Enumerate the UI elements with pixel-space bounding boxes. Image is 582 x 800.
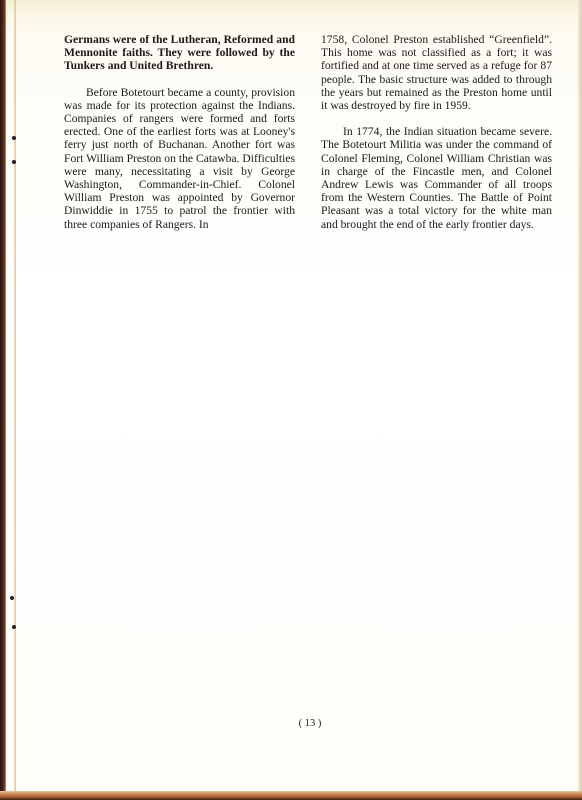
binding-hole (12, 160, 16, 164)
page-right-edge (578, 0, 582, 800)
page-number: ( 13 ) (0, 718, 582, 729)
left-text-column: Germans were of the Lutheran, Reformed a… (64, 33, 295, 244)
book-binding-edge (0, 0, 6, 800)
binding-hole (12, 625, 16, 629)
paragraph-germans-faiths: Germans were of the Lutheran, Reformed a… (64, 33, 295, 73)
gutter-line (14, 0, 16, 795)
page-bottom-edge (0, 791, 582, 800)
paragraph-forts-rangers: Before Botetourt became a county, provis… (64, 86, 295, 231)
binding-hole (10, 596, 14, 600)
binding-hole (12, 136, 16, 140)
paragraph-greenfield: 1758, Colonel Preston established “Green… (321, 33, 552, 112)
right-text-column: 1758, Colonel Preston established “Green… (321, 33, 552, 244)
scanned-page: Germans were of the Lutheran, Reformed a… (0, 0, 582, 800)
paragraph-point-pleasant: In 1774, the Indian situation became sev… (321, 125, 552, 231)
